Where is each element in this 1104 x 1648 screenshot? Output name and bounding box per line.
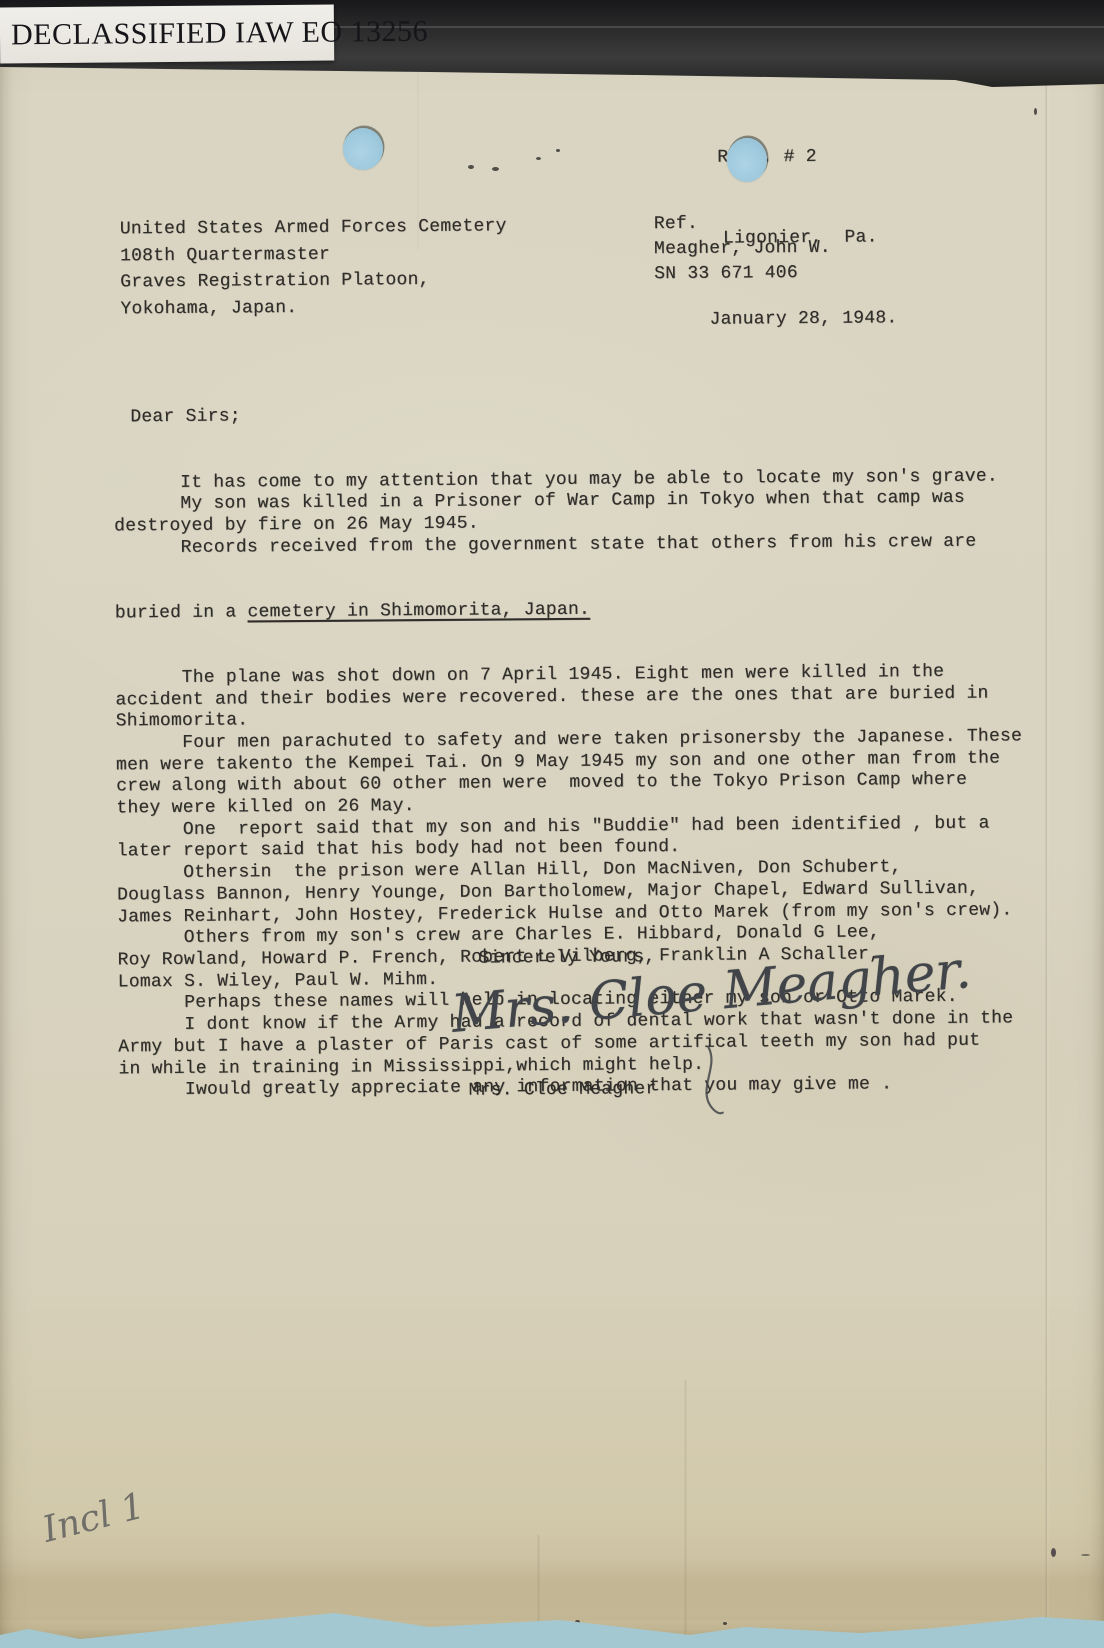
scanned-letter-page: { "banner": { "label": "DECLASSIFIED IAW…: [0, 0, 1104, 1648]
pencil-annotation: Incl 1: [38, 1485, 148, 1551]
underlined-phrase: cemetery in Shimomorita, Japan.: [247, 599, 590, 622]
reference-line: Ref.: [654, 211, 831, 237]
recipient-address-block: United States Armed Forces Cemetery108th…: [120, 213, 508, 322]
recipient-line: Graves Registration Platoon,: [120, 266, 507, 296]
closing-line: Sincerely Yours,: [478, 947, 655, 968]
hole-punch: [343, 128, 383, 170]
reference-line: SN 33 671 406: [654, 261, 831, 287]
ink-speck: [1051, 1548, 1056, 1557]
typed-content: R. D. # 2 Ligonier, Pa. January 28, 1948…: [0, 0, 1104, 1648]
date-line: January 28, 1948.: [709, 305, 897, 333]
ink-speck: [556, 149, 560, 152]
ink-speck: [492, 167, 499, 171]
body-line-text: buried in a: [115, 602, 248, 623]
hole-punch: [727, 138, 767, 182]
recipient-line: United States Armed Forces Cemetery: [120, 213, 507, 243]
stray-pen-stroke: [678, 1043, 729, 1123]
ink-speck: [536, 157, 541, 160]
body-paragraph-lines: It has come to my attention that you may…: [114, 466, 1021, 560]
recipient-line: 108th Quartermaster: [120, 240, 507, 270]
ink-speck: [723, 1622, 727, 1625]
reference-block: Ref.Meagher, John W.SN 33 671 406: [654, 211, 831, 287]
ink-speck: [575, 1620, 580, 1624]
body-paragraph-lines: The plane was shot down on 7 April 1945.…: [115, 661, 1025, 1102]
ink-speck: [1034, 108, 1037, 115]
recipient-line: Yokohama, Japan.: [120, 293, 507, 323]
salutation: Dear Sirs;: [113, 401, 1019, 430]
reference-line: Meagher, John W.: [654, 236, 831, 262]
declassified-banner: DECLASSIFIED IAW EO 13256: [0, 5, 334, 64]
ink-speck: [468, 165, 474, 169]
body-line-with-underline: buried in a cemetery in Shimomorita, Jap…: [115, 596, 1021, 625]
ink-speck: [1081, 1554, 1090, 1556]
typed-signature-name: Mrs. Cloe Meagher: [469, 1079, 657, 1100]
letter-paper: R. D. # 2 Ligonier, Pa. January 28, 1948…: [0, 0, 1104, 1648]
